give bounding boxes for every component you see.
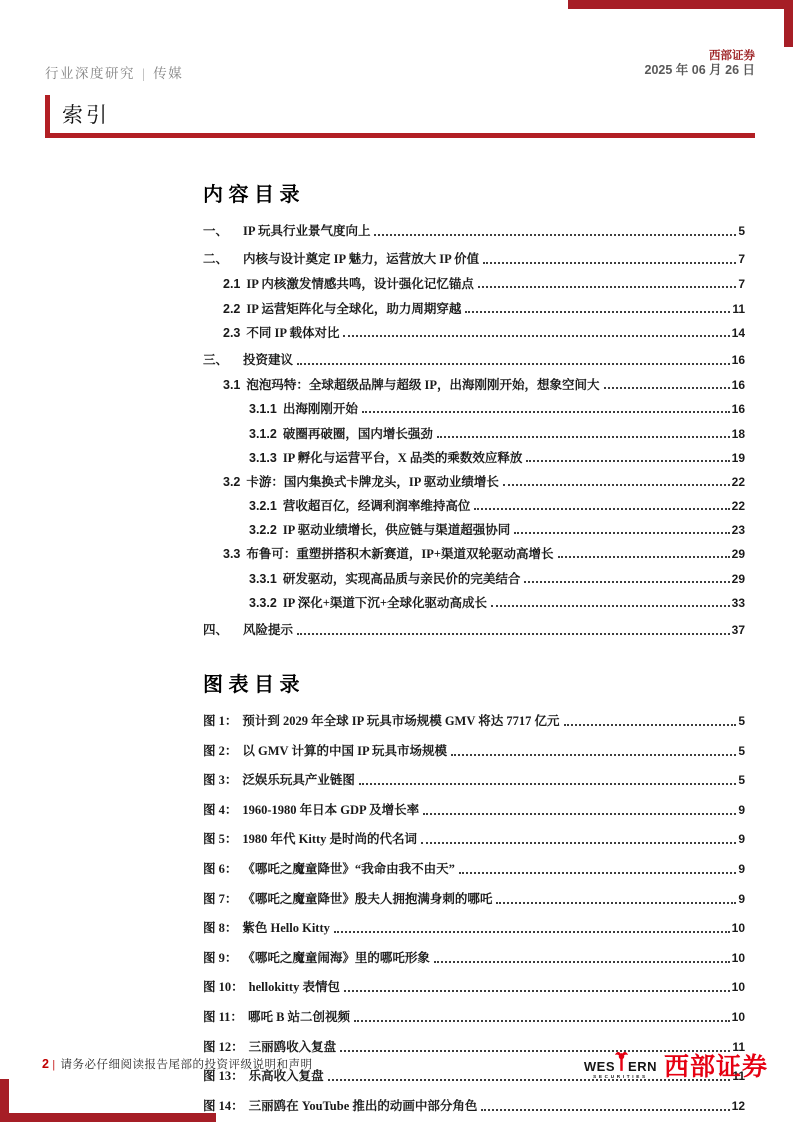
figure-entry-number: 图 6： xyxy=(203,859,237,877)
dot-leader xyxy=(503,484,730,486)
toc-entry-number: 3.1.1 xyxy=(249,402,277,416)
toc-entry-number: 三、 xyxy=(203,350,228,368)
dot-leader xyxy=(604,387,730,389)
toc-entry-number: 3.1.2 xyxy=(249,427,277,441)
figure-entry-page: 9 xyxy=(738,803,745,817)
header-brand-date: 西部证券 2025 年 06 月 26 日 xyxy=(645,49,755,79)
dot-leader xyxy=(451,754,736,756)
toc-entry-number: 3.3.2 xyxy=(249,596,277,610)
bull-icon xyxy=(614,1051,629,1075)
footer-divider: | xyxy=(49,1059,60,1071)
toc-entry[interactable]: 3.1 泡泡玛特：全球超级品牌与超级 IP，出海刚刚开始，想象空间大 16 xyxy=(203,378,745,392)
logo-chinese-name: 西部证券 xyxy=(664,1047,768,1083)
toc-entry-page: 22 xyxy=(732,499,745,513)
figure-entry[interactable]: 图 3： 泛娱乐玩具产业链图 5 xyxy=(203,770,745,788)
figure-entry-page: 10 xyxy=(732,951,745,965)
figure-entry-title: 紫色 Hello Kitty xyxy=(242,921,330,935)
dot-leader xyxy=(478,286,736,288)
toc-entry-title: 研发驱动，实现高品质与亲民价的完美结合 xyxy=(283,572,521,586)
footer-disclaimer: 2|请务必仔细阅读报告尾部的投资评级说明和声明 xyxy=(42,1056,313,1072)
figure-entry-title: 三丽鸥在 YouTube 推出的动画中部分角色 xyxy=(249,1099,478,1113)
report-category: 行业深度研究 xyxy=(45,66,135,81)
figure-entry-page: 10 xyxy=(732,980,745,994)
figure-entry-number: 图 4： xyxy=(203,800,237,818)
figure-entry[interactable]: 图 7： 《哪吒之魔童降世》殷夫人拥抱满身刺的哪吒 9 xyxy=(203,889,745,907)
toc-entry-number: 3.3 xyxy=(223,547,240,561)
toc-entry-title: 内核与设计奠定 IP 魅力，运营放大 IP 价值 xyxy=(243,252,479,266)
toc-entry-page: 16 xyxy=(732,353,745,367)
figure-entry-number: 图 14： xyxy=(203,1096,244,1114)
toc-entry[interactable]: 三、 投资建议 16 xyxy=(203,350,745,368)
toc-entry-page: 22 xyxy=(732,475,745,489)
dot-leader xyxy=(524,581,729,583)
report-page: 行业深度研究|传媒 西部证券 2025 年 06 月 26 日 索引 内容目录 … xyxy=(0,0,793,1122)
figure-entry-page: 12 xyxy=(732,1099,745,1113)
toc-entry-page: 29 xyxy=(732,547,745,561)
toc-entry-page: 18 xyxy=(732,427,745,441)
toc-entry[interactable]: 3.3.2 IP 深化+渠道下沉+全球化驱动高成长 33 xyxy=(203,596,745,610)
brand-name: 西部证券 xyxy=(645,49,755,63)
figure-entry[interactable]: 图 5： 1980 年代 Kitty 是时尚的代名词 9 xyxy=(203,829,745,847)
toc-entry-title: IP 深化+渠道下沉+全球化驱动高成长 xyxy=(283,596,487,610)
toc-entry-number: 3.2 xyxy=(223,475,240,489)
dot-leader xyxy=(334,931,730,933)
figure-entry-title: 泛娱乐玩具产业链图 xyxy=(242,773,355,787)
figure-entry-page: 5 xyxy=(738,744,745,758)
toc-entry[interactable]: 3.2.1 营收超百亿，经调利润率维持高位 22 xyxy=(203,499,745,513)
report-type-header: 行业深度研究|传媒 xyxy=(45,62,183,82)
toc-entry-title: IP 运营矩阵化与全球化，助力周期穿越 xyxy=(246,302,461,316)
dot-leader xyxy=(474,508,729,510)
toc-entry-page: 16 xyxy=(732,402,745,416)
figure-entry-page: 5 xyxy=(738,773,745,787)
dot-leader xyxy=(344,990,730,992)
figure-entry-number: 图 12： xyxy=(203,1037,244,1055)
figure-entry[interactable]: 图 11： 哪吒 B 站二创视频 10 xyxy=(203,1007,745,1025)
toc-entry-page: 33 xyxy=(732,596,745,610)
toc-entry-page: 7 xyxy=(738,277,745,291)
toc-entry-page: 29 xyxy=(732,572,745,586)
figure-entry-page: 5 xyxy=(738,714,745,728)
figure-entry-number: 图 3： xyxy=(203,770,237,788)
toc-entry-title: 风险提示 xyxy=(243,623,293,637)
dot-leader xyxy=(374,234,736,236)
toc-entry-number: 3.3.1 xyxy=(249,572,277,586)
figure-entry[interactable]: 图 10： hellokitty 表情包 10 xyxy=(203,977,745,995)
toc-entry-title: IP 内核激发情感共鸣，设计强化记忆锚点 xyxy=(246,277,473,291)
dot-leader xyxy=(362,411,730,413)
figure-entry[interactable]: 图 4： 1960-1980 年日本 GDP 及增长率 9 xyxy=(203,800,745,818)
figure-entry[interactable]: 图 14： 三丽鸥在 YouTube 推出的动画中部分角色 12 xyxy=(203,1096,745,1114)
main-content: 内容目录 一、 IP 玩具行业景气度向上 5 二、 内核与设计奠定 IP 魅力，… xyxy=(203,178,745,1122)
dot-leader xyxy=(465,311,730,313)
figure-entry-number: 图 9： xyxy=(203,948,237,966)
logo-western-right: ERN xyxy=(628,1060,657,1073)
toc-entry-page: 11 xyxy=(732,302,745,316)
figure-entry-title: 三丽鸥收入复盘 xyxy=(249,1040,337,1054)
dot-leader xyxy=(343,335,729,337)
dot-leader xyxy=(514,532,729,534)
toc-entry-title: 不同 IP 载体对比 xyxy=(246,326,339,340)
figure-entry[interactable]: 图 2： 以 GMV 计算的中国 IP 玩具市场规模 5 xyxy=(203,741,745,759)
figure-entry-title: 以 GMV 计算的中国 IP 玩具市场规模 xyxy=(242,744,447,758)
company-logo: WES ERN SECURITIES 西部证券 xyxy=(584,1047,768,1083)
header-separator: | xyxy=(135,66,153,81)
dot-leader xyxy=(496,902,736,904)
toc-entry-number: 2.3 xyxy=(223,326,240,340)
dot-leader xyxy=(564,724,737,726)
dot-leader xyxy=(558,556,730,558)
figure-entry-title: 《哪吒之魔童降世》殷夫人拥抱满身刺的哪吒 xyxy=(242,892,492,906)
toc-entry[interactable]: 一、 IP 玩具行业景气度向上 5 xyxy=(203,221,745,239)
dot-leader xyxy=(437,436,730,438)
bottom-left-horizontal-bar xyxy=(0,1113,216,1122)
toc-entry[interactable]: 3.1.3 IP 孵化与运营平台，X 品类的乘数效应释放 19 xyxy=(203,451,745,465)
toc-entry-title: 出海刚刚开始 xyxy=(283,402,358,416)
toc-entry-number: 四、 xyxy=(203,620,228,638)
toc-entry[interactable]: 二、 内核与设计奠定 IP 魅力，运营放大 IP 价值 7 xyxy=(203,249,745,267)
dot-leader xyxy=(483,262,736,264)
figures-heading: 图表目录 xyxy=(203,668,745,697)
figure-entry-title: 1980 年代 Kitty 是时尚的代名词 xyxy=(242,832,417,846)
logo-western-left: WES xyxy=(584,1060,615,1073)
toc-entry-page: 5 xyxy=(738,224,745,238)
figure-entry-title: 哪吒 B 站二创视频 xyxy=(248,1010,350,1024)
report-sector: 传媒 xyxy=(153,66,183,81)
toc-entry-number: 2.2 xyxy=(223,302,240,316)
index-banner: 索引 xyxy=(45,95,755,138)
toc-entry-number: 二、 xyxy=(203,249,228,267)
top-right-vertical-bar xyxy=(784,0,793,47)
figure-entry-title: 《哪吒之魔童闹海》里的哪吒形象 xyxy=(242,951,430,965)
toc-entry-page: 23 xyxy=(732,523,745,537)
toc-entry-title: 破圈再破圈，国内增长强劲 xyxy=(283,427,433,441)
toc-entry-number: 3.2.1 xyxy=(249,499,277,513)
toc-entry[interactable]: 3.1.1 出海刚刚开始 16 xyxy=(203,402,745,416)
toc-entry-page: 37 xyxy=(732,623,745,637)
dot-leader xyxy=(297,633,730,635)
dot-leader xyxy=(526,460,729,462)
figure-entry-title: 1960-1980 年日本 GDP 及增长率 xyxy=(242,803,419,817)
dot-leader xyxy=(481,1109,729,1111)
dot-leader xyxy=(434,961,730,963)
toc-entry-title: 营收超百亿，经调利润率维持高位 xyxy=(283,499,471,513)
toc-entry-page: 19 xyxy=(732,451,745,465)
dot-leader xyxy=(359,783,736,785)
dot-leader xyxy=(297,363,730,365)
toc-entry-number: 2.1 xyxy=(223,277,240,291)
logo-western-block: WES ERN SECURITIES xyxy=(584,1051,657,1080)
toc-entry[interactable]: 四、 风险提示 37 xyxy=(203,620,745,638)
figure-entry-page: 10 xyxy=(732,1010,745,1024)
toc-entry[interactable]: 2.2 IP 运营矩阵化与全球化，助力周期穿越 11 xyxy=(203,302,745,316)
figure-entry-title: 《哪吒之魔童降世》“我命由我不由天” xyxy=(242,862,455,876)
dot-leader xyxy=(491,605,730,607)
figure-entry-page: 9 xyxy=(738,892,745,906)
dot-leader xyxy=(421,842,736,844)
toc-entry[interactable]: 3.1.2 破圈再破圈，国内增长强劲 18 xyxy=(203,427,745,441)
toc-entry-title: IP 驱动业绩增长，供应链与渠道超强协同 xyxy=(283,523,510,537)
figure-entry-number: 图 2： xyxy=(203,741,237,759)
figure-entry-number: 图 1： xyxy=(203,711,237,729)
toc-entry-page: 16 xyxy=(732,378,745,392)
toc-entry[interactable]: 3.2.2 IP 驱动业绩增长，供应链与渠道超强协同 23 xyxy=(203,523,745,537)
toc-entry-page: 14 xyxy=(732,326,745,340)
figure-entry-number: 图 8： xyxy=(203,918,237,936)
toc-entry[interactable]: 2.1 IP 内核激发情感共鸣，设计强化记忆锚点 7 xyxy=(203,277,745,291)
toc-entry-number: 3.2.2 xyxy=(249,523,277,537)
figure-entry[interactable]: 图 1： 预计到 2029 年全球 IP 玩具市场规模 GMV 将达 7717 … xyxy=(203,711,745,729)
toc-entry-title: 布鲁可：重塑拼搭积木新赛道，IP+渠道双轮驱动高增长 xyxy=(246,547,553,561)
figure-entry-page: 9 xyxy=(738,862,745,876)
toc-entry[interactable]: 3.3.1 研发驱动，实现高品质与亲民价的完美结合 29 xyxy=(203,572,745,586)
figure-entry-page: 10 xyxy=(732,921,745,935)
top-right-horizontal-bar xyxy=(568,0,793,9)
figure-entry-title: 预计到 2029 年全球 IP 玩具市场规模 GMV 将达 7717 亿元 xyxy=(242,714,559,728)
toc-entry[interactable]: 3.2 卡游：国内集换式卡牌龙头，IP 驱动业绩增长 22 xyxy=(203,475,745,489)
toc-entry-title: 卡游：国内集换式卡牌龙头，IP 驱动业绩增长 xyxy=(246,475,498,489)
toc-entry[interactable]: 2.3 不同 IP 载体对比 14 xyxy=(203,326,745,340)
index-title: 索引 xyxy=(62,99,110,129)
toc-list: 一、 IP 玩具行业景气度向上 5 二、 内核与设计奠定 IP 魅力，运营放大 … xyxy=(203,221,745,638)
figure-entry-page: 9 xyxy=(738,832,745,846)
dot-leader xyxy=(354,1020,730,1022)
toc-entry-title: IP 玩具行业景气度向上 xyxy=(243,224,370,238)
figure-entry-number: 图 11： xyxy=(203,1007,243,1025)
disclaimer-text: 请务必仔细阅读报告尾部的投资评级说明和声明 xyxy=(61,1059,313,1071)
toc-entry-page: 7 xyxy=(738,252,745,266)
figure-entry-title: hellokitty 表情包 xyxy=(249,980,340,994)
toc-entry-title: 泡泡玛特：全球超级品牌与超级 IP，出海刚刚开始，想象空间大 xyxy=(246,378,599,392)
figure-entry-number: 图 7： xyxy=(203,889,237,907)
figure-entry-number: 图 5： xyxy=(203,829,237,847)
toc-heading: 内容目录 xyxy=(203,178,745,207)
dot-leader xyxy=(423,813,736,815)
dot-leader xyxy=(459,872,736,874)
toc-entry-number: 3.1 xyxy=(223,378,240,392)
toc-entry-number: 3.1.3 xyxy=(249,451,277,465)
logo-securities-text: SECURITIES xyxy=(593,1075,648,1080)
toc-entry-title: 投资建议 xyxy=(243,353,293,367)
figure-entry-number: 图 10： xyxy=(203,977,244,995)
figure-entry[interactable]: 图 9： 《哪吒之魔童闹海》里的哪吒形象 10 xyxy=(203,948,745,966)
report-date: 2025 年 06 月 26 日 xyxy=(645,63,755,79)
toc-entry-number: 一、 xyxy=(203,221,228,239)
figure-entry[interactable]: 图 8： 紫色 Hello Kitty 10 xyxy=(203,918,745,936)
toc-entry[interactable]: 3.3 布鲁可：重塑拼搭积木新赛道，IP+渠道双轮驱动高增长 29 xyxy=(203,547,745,561)
figure-entry[interactable]: 图 6： 《哪吒之魔童降世》“我命由我不由天” 9 xyxy=(203,859,745,877)
toc-entry-title: IP 孵化与运营平台，X 品类的乘数效应释放 xyxy=(283,451,523,465)
